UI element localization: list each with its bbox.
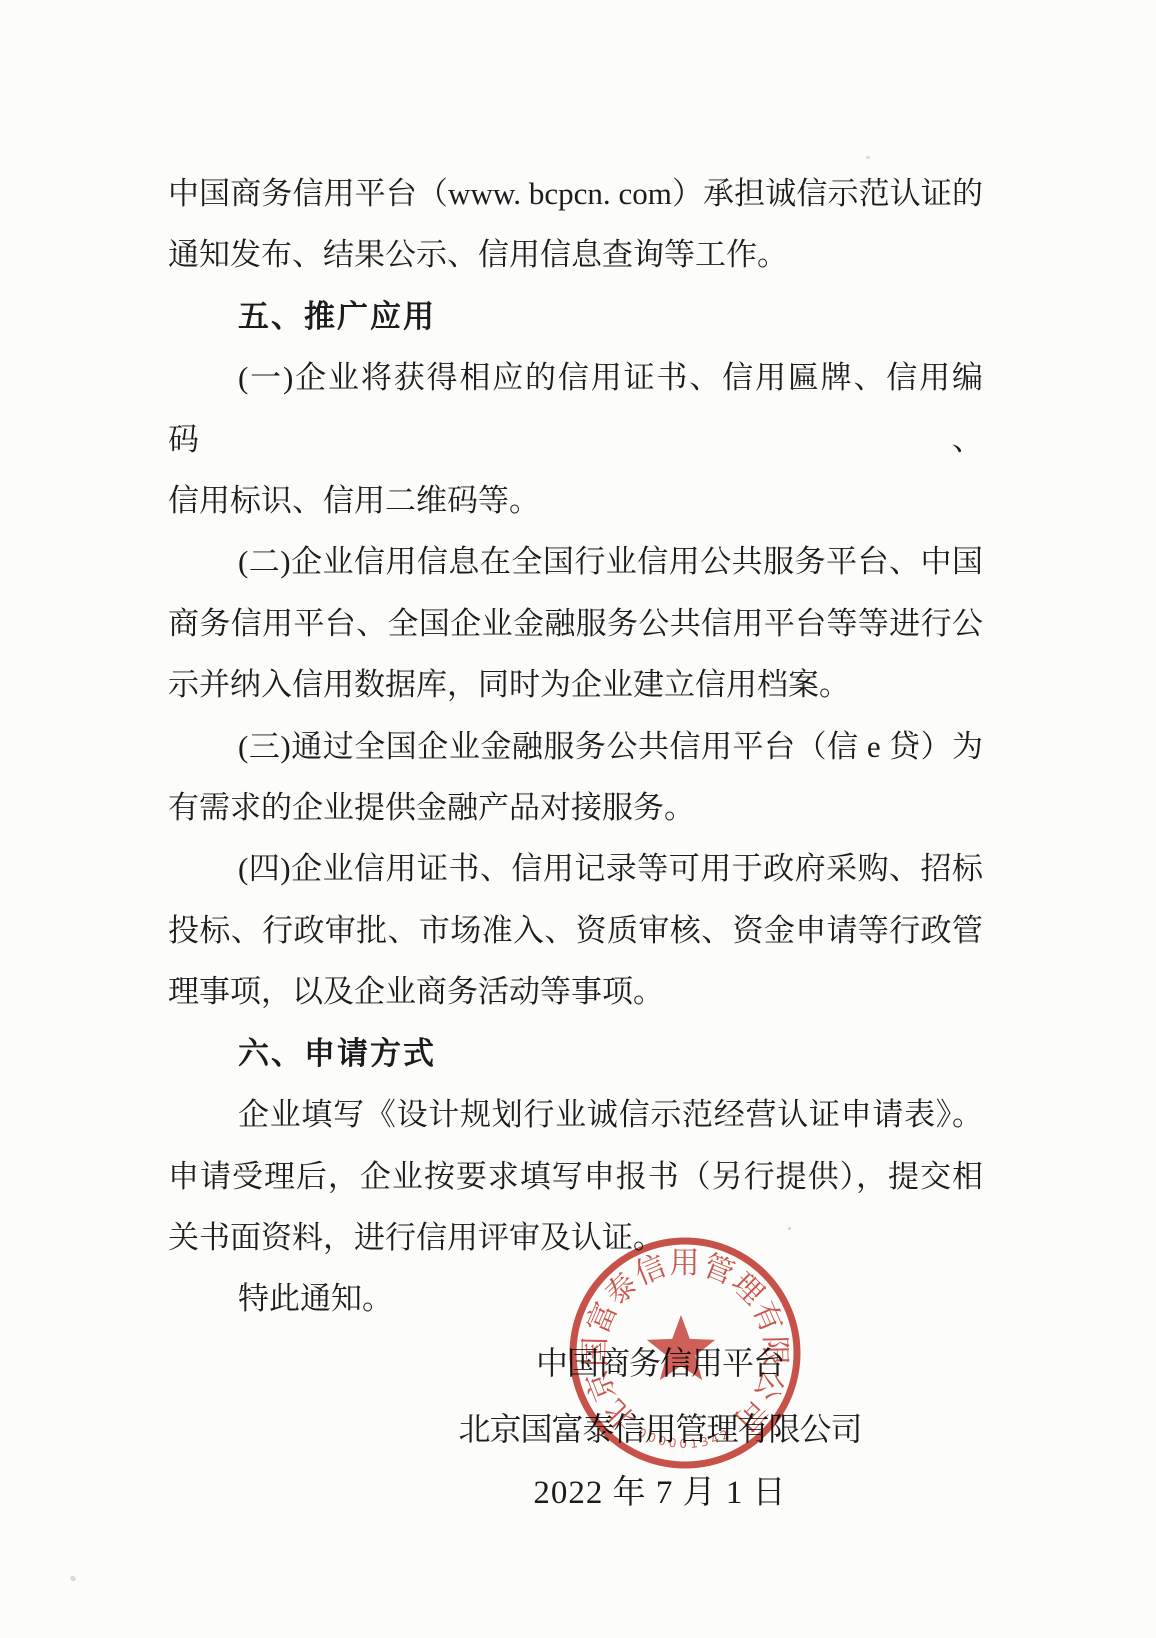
scan-speck	[69, 1575, 77, 1583]
scan-speck	[736, 731, 740, 735]
doc-line: 特此通知。	[168, 1268, 983, 1329]
doc-line: 理事项，以及企业商务活动等事项。	[168, 961, 983, 1022]
doc-line: (二)企业信用信息在全国行业信用公共服务平台、中国	[168, 531, 983, 592]
doc-line: (四)企业信用证书、信用记录等可用于政府采购、招标	[168, 838, 983, 899]
doc-line: 商务信用平台、全国企业金融服务公共信用平台等等进行公	[168, 593, 983, 654]
document-body: 中国商务信用平台（www. bcpcn. com）承担诚信示范认证的 通知发布、…	[168, 163, 983, 1330]
doc-line: 企业填写《设计规划行业诚信示范经营认证申请表》。	[168, 1084, 983, 1145]
doc-line: 有需求的企业提供金融产品对接服务。	[168, 777, 983, 838]
signature-platform-name: 中国商务信用平台	[450, 1338, 870, 1384]
doc-line: (一)企业将获得相应的信用证书、信用匾牌、信用编码、	[168, 347, 983, 470]
doc-line: 通知发布、结果公示、信用信息查询等工作。	[168, 224, 983, 285]
doc-line: (三)通过全国企业金融服务公共信用平台（信 e 贷）为	[168, 716, 983, 777]
document-page: 中国商务信用平台（www. bcpcn. com）承担诚信示范认证的 通知发布、…	[0, 0, 1156, 1638]
doc-line: 信用标识、信用二维码等。	[168, 470, 983, 531]
doc-line: 申请受理后，企业按要求填写申报书（另行提供），提交相	[168, 1146, 983, 1207]
doc-line: 中国商务信用平台（www. bcpcn. com）承担诚信示范认证的	[168, 163, 983, 224]
doc-line: 关书面资料，进行信用评审及认证。	[168, 1207, 983, 1268]
scan-speck	[788, 1227, 791, 1230]
signature-date: 2022 年 7 月 1 日	[450, 1466, 870, 1513]
section-heading: 六、申请方式	[168, 1023, 983, 1084]
signature-company-name: 北京国富泰信用管理有限公司	[450, 1404, 870, 1450]
scan-speck	[866, 156, 870, 159]
section-heading: 五、推广应用	[168, 286, 983, 347]
doc-line: 示并纳入信用数据库，同时为企业建立信用档案。	[168, 654, 983, 715]
doc-line: 投标、行政审批、市场准入、资质审核、资金申请等行政管	[168, 900, 983, 961]
